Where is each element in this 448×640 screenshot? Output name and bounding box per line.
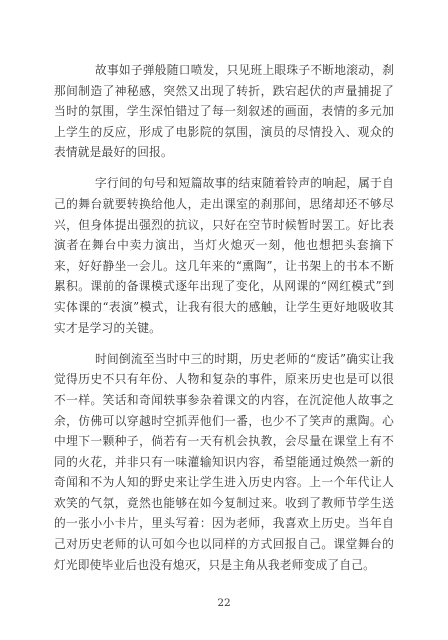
page-number: 22	[0, 597, 448, 609]
body-paragraph: 时间倒流至当时中三的时期，历史老师的“废话”确实让我觉得历史不只有年份、人物和复…	[54, 349, 394, 576]
document-page: 故事如子弹般随口喷发，只见班上眼珠子不断地滚动，刹那间制造了神秘感，突然又出现了…	[0, 0, 448, 640]
body-paragraph: 字行间的句号和短篇故事的结束随着铃声的响起，属于自己的舞台就要转换给他人，走出课…	[54, 173, 394, 338]
page-body: 故事如子弹般随口喷发，只见班上眼珠子不断地滚动，刹那间制造了神秘感，突然又出现了…	[54, 60, 394, 586]
body-paragraph: 故事如子弹般随口喷发，只见班上眼珠子不断地滚动，刹那间制造了神秘感，突然又出现了…	[54, 60, 394, 163]
